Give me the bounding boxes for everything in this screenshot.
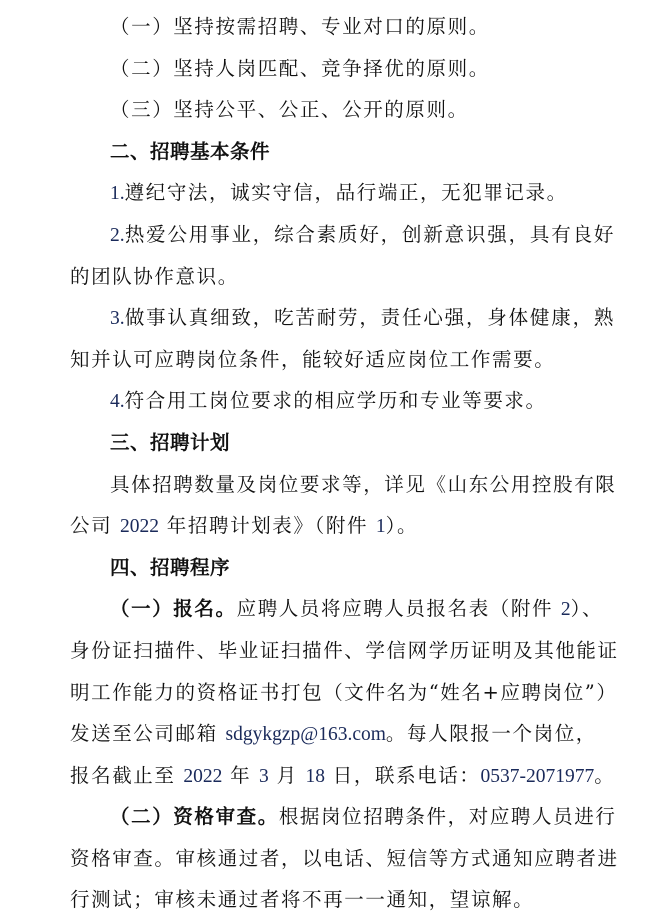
principle-1: （一）坚持按需招聘、专业对口的原则。 bbox=[70, 6, 615, 48]
step2-line-1: （二）资格审查。根据岗位招聘条件，对应聘人员进行 bbox=[70, 796, 615, 838]
step1-line-1: （一）报名。应聘人员将应聘人员报名表（附件 2）、 bbox=[70, 588, 615, 630]
contact-phone: 0537-2071977 bbox=[480, 766, 594, 787]
step1-line-2: 身份证扫描件、毕业证扫描件、学信网学历证明及其他能证 bbox=[70, 630, 615, 672]
condition-1: 1.遵纪守法，诚实守信，品行端正，无犯罪记录。 bbox=[70, 172, 615, 214]
step2-line-3: 行测试；审核未通过者将不再一一通知，望谅解。 bbox=[70, 879, 615, 921]
condition-2-line-1: 2.热爱公用事业，综合素质好，创新意识强，具有良好 bbox=[70, 214, 615, 256]
section-heading-procedure: 四、招聘程序 bbox=[70, 547, 615, 589]
plan-line-2: 公司 2022 年招聘计划表》（附件 1）。 bbox=[70, 505, 615, 547]
principle-3: （三）坚持公平、公正、公开的原则。 bbox=[70, 89, 615, 131]
principle-2: （二）坚持人岗匹配、竞争择优的原则。 bbox=[70, 48, 615, 90]
document-page: （一）坚持按需招聘、专业对口的原则。 （二）坚持人岗匹配、竞争择优的原则。 （三… bbox=[70, 6, 615, 921]
condition-4: 4.符合用工岗位要求的相应学历和专业等要求。 bbox=[70, 380, 615, 422]
condition-2-line-2: 的团队协作意识。 bbox=[70, 256, 615, 298]
section-heading-plan: 三、招聘计划 bbox=[70, 422, 615, 464]
condition-3-line-2: 知并认可应聘岗位条件，能较好适应岗位工作需要。 bbox=[70, 339, 615, 381]
step1-line-3: 明工作能力的资格证书打包（文件名为“姓名+应聘岗位”） bbox=[70, 672, 615, 714]
contact-email: sdgykgzp@163.com bbox=[226, 724, 386, 745]
section-heading-conditions: 二、招聘基本条件 bbox=[70, 131, 615, 173]
step1-line-5: 报名截止至 2022 年 3 月 18 日，联系电话：0537-2071977。 bbox=[70, 755, 615, 797]
step1-line-4: 发送至公司邮箱 sdgykgzp@163.com。每人限报一个岗位， bbox=[70, 713, 615, 755]
plan-line-1: 具体招聘数量及岗位要求等，详见《山东公用控股有限 bbox=[70, 464, 615, 506]
step2-line-2: 资格审查。审核通过者，以电话、短信等方式通知应聘者进 bbox=[70, 838, 615, 880]
condition-3-line-1: 3.做事认真细致，吃苦耐劳，责任心强，身体健康，熟 bbox=[70, 297, 615, 339]
